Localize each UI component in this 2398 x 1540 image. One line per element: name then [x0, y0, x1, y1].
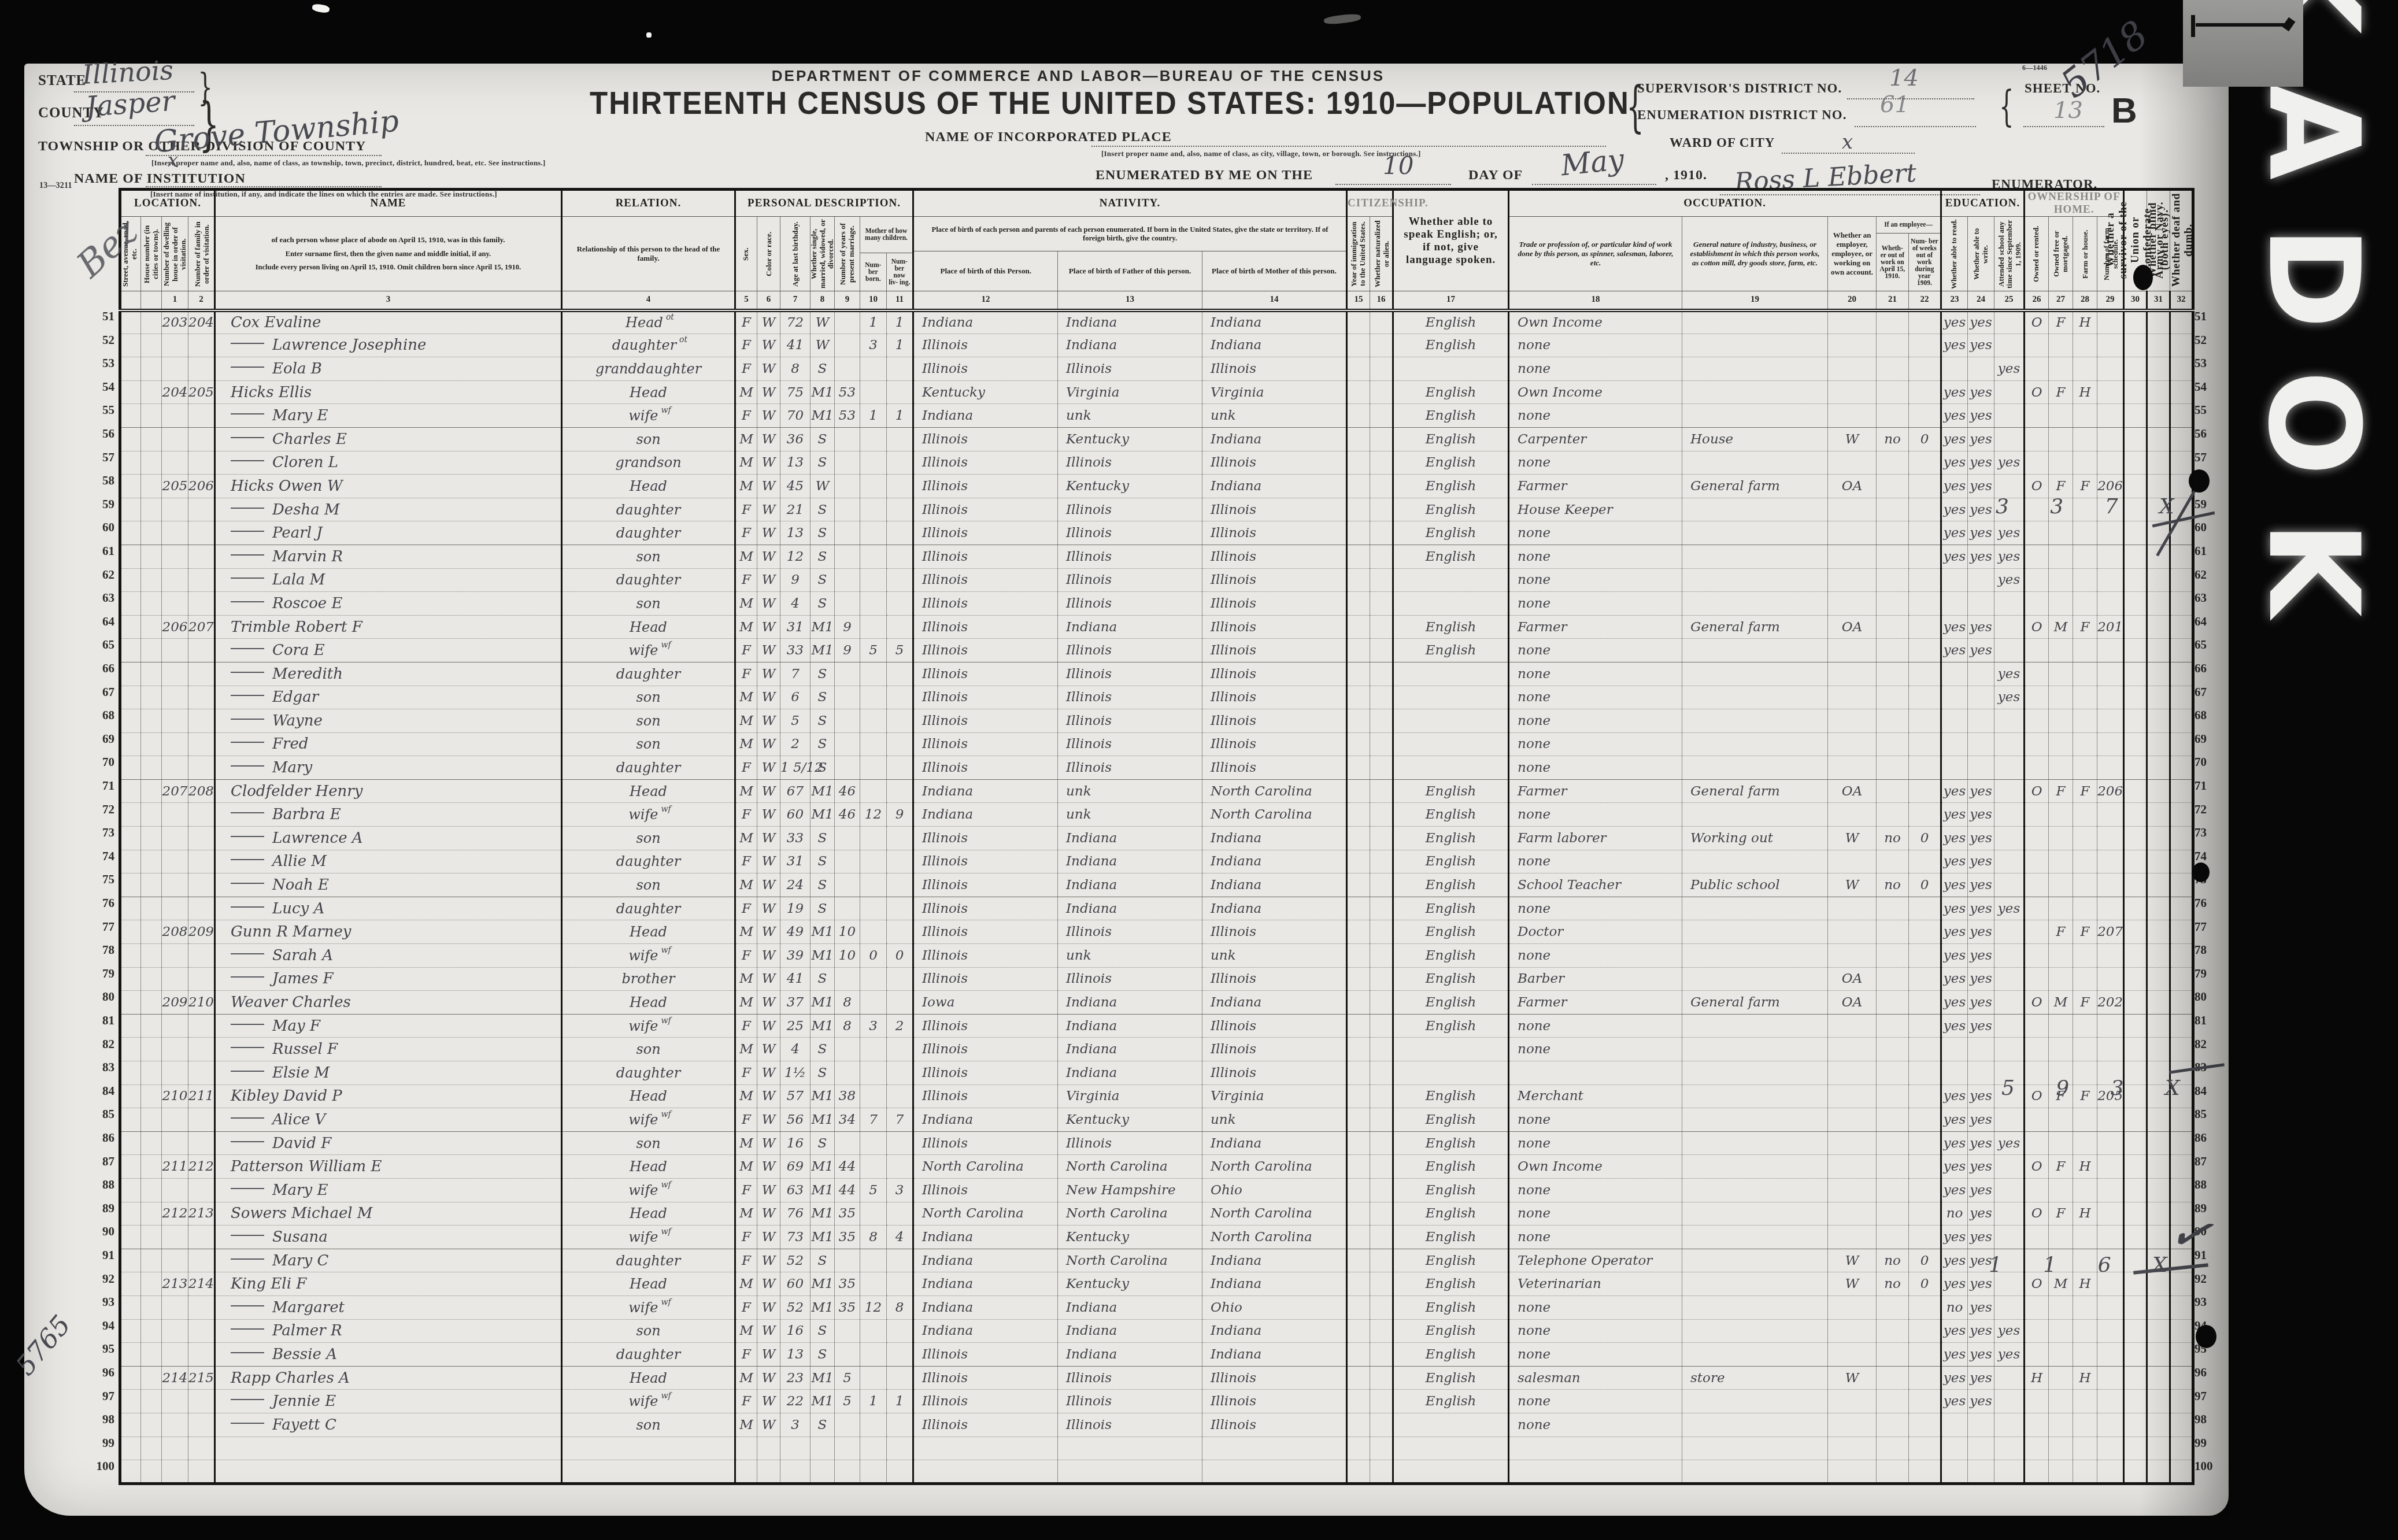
cell-ow	[1877, 357, 1909, 381]
cell-fm	[2049, 756, 2073, 780]
cell-fam	[188, 1131, 215, 1155]
cell-liv	[887, 1038, 913, 1061]
cell-color: W	[757, 1202, 780, 1226]
cell-wk	[1909, 1295, 1941, 1319]
cell-vet	[2124, 709, 2147, 733]
cell-fs	[2097, 1437, 2124, 1460]
cell-ow	[1877, 1319, 1909, 1343]
line-number-left: 61	[88, 544, 114, 558]
cell-emp	[1828, 380, 1877, 404]
cell-sch	[1994, 1460, 2025, 1484]
cell-eng: English	[1393, 1155, 1509, 1179]
cell-age: 33	[780, 827, 811, 850]
cell-rd: yes	[1941, 1155, 1968, 1179]
cell-imm	[1347, 334, 1370, 357]
cell-house	[141, 1249, 162, 1272]
cell-sex: M	[735, 1038, 757, 1061]
cell-house	[141, 310, 162, 334]
cell-house	[141, 568, 162, 592]
cell-age: 57	[780, 1084, 811, 1108]
cell-house	[141, 1437, 162, 1460]
cell-age: 52	[780, 1249, 811, 1272]
cell-nat	[1370, 498, 1393, 521]
cell-yrs: 8	[835, 991, 860, 1015]
cell-ow	[1877, 404, 1909, 428]
cell-wk	[1909, 1038, 1941, 1061]
col-birthplace-person: Place of birth of this Person.	[914, 251, 1058, 291]
cell-nat	[1370, 803, 1393, 827]
cell-emp	[1828, 897, 1877, 920]
cell-pf	[1058, 1460, 1202, 1484]
cell-sch	[1994, 1366, 2025, 1390]
cell-fh: F	[2073, 920, 2097, 944]
cell-rel: wifewf	[562, 1108, 735, 1132]
cell-liv	[887, 873, 913, 897]
cell-name: Susana	[215, 1226, 562, 1249]
column-number: 30	[2124, 291, 2147, 310]
column-number: 26	[2025, 291, 2049, 310]
cell-mar: S	[811, 967, 835, 991]
cell-house	[141, 334, 162, 357]
cell-bl	[2147, 967, 2170, 991]
cell-sch	[1994, 967, 2025, 991]
ward-label: WARD OF CITY	[1670, 135, 1775, 150]
line-number-left: 93	[88, 1295, 114, 1309]
cell-fs	[2097, 357, 2124, 381]
cell-yrs: 53	[835, 380, 860, 404]
cell-color: W	[757, 639, 780, 662]
cell-rd: yes	[1941, 1131, 1968, 1155]
line-number-right: 72	[2195, 802, 2221, 817]
cell-emp: W	[1828, 827, 1877, 850]
cell-age: 24	[780, 873, 811, 897]
cell-df	[2170, 967, 2193, 991]
cell-own	[2025, 1108, 2049, 1132]
table-row: Palmer RsonMW16SIndianaIndianaIndianaEng…	[120, 1319, 2193, 1343]
cell-dw	[162, 709, 188, 733]
cell-df	[2170, 1178, 2193, 1202]
cell-wr	[1968, 756, 1994, 780]
cell-emp	[1828, 1014, 1877, 1038]
cell-sex: M	[735, 779, 757, 803]
cell-liv	[887, 357, 913, 381]
cell-pob	[913, 1437, 1058, 1460]
cell-nat	[1370, 1413, 1393, 1437]
cell-rel: wifewf	[562, 944, 735, 968]
cell-born: 0	[860, 944, 887, 968]
cell-fs	[2097, 967, 2124, 991]
cell-ind	[1682, 1226, 1828, 1249]
cell-yrs	[835, 827, 860, 850]
cell-fam: 213	[188, 1202, 215, 1226]
cell-pf: Indiana	[1058, 873, 1202, 897]
sheet-brace: {	[1999, 82, 2014, 131]
cell-house	[141, 1272, 162, 1296]
cell-ow	[1877, 1061, 1909, 1085]
cell-rel: Head	[562, 1366, 735, 1390]
cell-pob: Illinois	[913, 1014, 1058, 1038]
cell-fam: 204	[188, 310, 215, 334]
cell-fs	[2097, 1343, 2124, 1367]
cell-age: 41	[780, 334, 811, 357]
cell-name: Roscoe E	[215, 592, 562, 616]
cell-dw	[162, 334, 188, 357]
cell-eng: English	[1393, 1108, 1509, 1132]
cell-pf: Indiana	[1058, 827, 1202, 850]
cell-fam	[188, 545, 215, 568]
cell-fam: 205	[188, 380, 215, 404]
cell-pob: Illinois	[913, 897, 1058, 920]
cell-name: Pearl J	[215, 521, 562, 545]
cell-ow	[1877, 1437, 1909, 1460]
kodak-letter: K	[2241, 496, 2386, 642]
cell-pm: Illinois	[1202, 1014, 1347, 1038]
cell-trade: none	[1509, 709, 1682, 733]
cell-own	[2025, 850, 2049, 873]
cell-dw: 214	[162, 1366, 188, 1390]
cell-pob: Illinois	[913, 709, 1058, 733]
cell-fs	[2097, 404, 2124, 428]
cell-born: 1	[860, 404, 887, 428]
cell-emp	[1828, 1343, 1877, 1367]
cell-street	[120, 686, 141, 709]
cell-bl	[2147, 756, 2170, 780]
cell-fam	[188, 639, 215, 662]
cell-own	[2025, 1226, 2049, 1249]
cell-imm	[1347, 545, 1370, 568]
cell-vet	[2124, 427, 2147, 451]
line-number-left: 85	[88, 1107, 114, 1121]
cell-sex: M	[735, 709, 757, 733]
cell-ind	[1682, 310, 1828, 334]
line-number-left: 56	[88, 427, 114, 441]
cell-pm: Indiana	[1202, 427, 1347, 451]
cell-wk	[1909, 475, 1941, 498]
cell-imm	[1347, 873, 1370, 897]
cell-nat	[1370, 944, 1393, 968]
cell-vet	[2124, 357, 2147, 381]
cell-sch	[1994, 334, 2025, 357]
cell-age: 49	[780, 920, 811, 944]
cell-pf: Indiana	[1058, 334, 1202, 357]
cell-fm	[2049, 334, 2073, 357]
cell-own	[2025, 967, 2049, 991]
cell-yrs	[835, 732, 860, 756]
cell-imm	[1347, 967, 1370, 991]
cell-pm: Illinois	[1202, 615, 1347, 639]
cell-pob: Illinois	[913, 1084, 1058, 1108]
cell-ow: no	[1877, 873, 1909, 897]
cell-fam	[188, 1108, 215, 1132]
cell-nat	[1370, 1272, 1393, 1296]
cell-liv	[887, 451, 913, 475]
cell-liv: 3	[887, 1178, 913, 1202]
table-row	[120, 1437, 2193, 1460]
line-number-right: 63	[2195, 591, 2221, 605]
cell-bl	[2147, 897, 2170, 920]
cell-rel: wifewf	[562, 639, 735, 662]
cell-fam	[188, 1437, 215, 1460]
cell-trade: School Teacher	[1509, 873, 1682, 897]
cell-wk: 0	[1909, 1272, 1941, 1296]
cell-fh: F	[2073, 991, 2097, 1015]
cell-eng: English	[1393, 404, 1509, 428]
cell-mar: S	[811, 662, 835, 686]
cell-pob: Illinois	[913, 1413, 1058, 1437]
table-row: 208209Gunn R MarneyHeadMW49M110IllinoisI…	[120, 920, 2193, 944]
table-row: 203204Cox EvalineHeadotFW72W11IndianaInd…	[120, 310, 2193, 334]
cell-ow	[1877, 1202, 1909, 1226]
cell-name: Charles E	[215, 427, 562, 451]
cell-wr: yes	[1968, 1108, 1994, 1132]
cell-street	[120, 380, 141, 404]
cell-born	[860, 357, 887, 381]
cell-yrs	[835, 1437, 860, 1460]
cell-pm: Indiana	[1202, 873, 1347, 897]
cell-fs: 202	[2097, 991, 2124, 1015]
cell-rel: wifewf	[562, 1178, 735, 1202]
cell-eng	[1393, 732, 1509, 756]
cell-mar: S	[811, 1413, 835, 1437]
township-line	[146, 155, 382, 156]
cell-ind	[1682, 1108, 1828, 1132]
cell-yrs	[835, 967, 860, 991]
cell-house	[141, 1108, 162, 1132]
cell-wr: yes	[1968, 1295, 1994, 1319]
cell-trade: Farmer	[1509, 475, 1682, 498]
cell-fs: 201	[2097, 615, 2124, 639]
cell-name: King Eli F	[215, 1272, 562, 1296]
cell-liv	[887, 1249, 913, 1272]
cell-pm: Indiana	[1202, 897, 1347, 920]
cell-wr	[1968, 357, 1994, 381]
cell-imm	[1347, 404, 1370, 428]
cell-born	[860, 850, 887, 873]
cell-fam	[188, 827, 215, 850]
cell-sex: M	[735, 451, 757, 475]
cell-df	[2170, 662, 2193, 686]
cell-born	[860, 1460, 887, 1484]
cell-vet	[2124, 1131, 2147, 1155]
cell-fh	[2073, 451, 2097, 475]
cell-street	[120, 568, 141, 592]
cell-mar: M1	[811, 1202, 835, 1226]
cell-eng: English	[1393, 1343, 1509, 1367]
line-number-right: 96	[2195, 1365, 2221, 1380]
cell-yrs	[835, 662, 860, 686]
cell-name: David F	[215, 1131, 562, 1155]
cell-ow	[1877, 756, 1909, 780]
cell-pob: Illinois	[913, 1343, 1058, 1367]
cell-age: 60	[780, 1272, 811, 1296]
cell-trade: Own Income	[1509, 310, 1682, 334]
cell-street	[120, 357, 141, 381]
cell-imm	[1347, 310, 1370, 334]
line-number-left: 58	[88, 473, 114, 488]
col-weeks-out: Num- ber of weeks out of work during yea…	[1909, 234, 1941, 291]
cell-vet	[2124, 1460, 2147, 1484]
col-able-to-read: Whether able to read.	[1941, 217, 1968, 291]
cell-ind	[1682, 1014, 1828, 1038]
cell-color: W	[757, 1249, 780, 1272]
line-number-right: 84	[2195, 1084, 2221, 1098]
cell-imm	[1347, 1155, 1370, 1179]
cell-emp	[1828, 1061, 1877, 1085]
sheet-line	[2023, 126, 2104, 127]
cell-pob: Illinois	[913, 827, 1058, 850]
line-number-left: 79	[88, 967, 114, 981]
cell-eng: English	[1393, 944, 1509, 968]
cell-street	[120, 1108, 141, 1132]
cell-vet	[2124, 380, 2147, 404]
cell-rd: no	[1941, 1295, 1968, 1319]
cell-fs	[2097, 1202, 2124, 1226]
line-number-right: 78	[2195, 943, 2221, 957]
cell-own	[2025, 404, 2049, 428]
cell-born: 8	[860, 1226, 887, 1249]
cell-wk	[1909, 662, 1941, 686]
cell-imm	[1347, 568, 1370, 592]
cell-fs	[2097, 850, 2124, 873]
cell-fs	[2097, 732, 2124, 756]
cell-mar: M1	[811, 779, 835, 803]
cell-wk	[1909, 1178, 1941, 1202]
cell-yrs	[835, 568, 860, 592]
enumeration-district-label: ENUMERATION DISTRICT NO.	[1637, 108, 1846, 123]
cell-yrs	[835, 1460, 860, 1484]
cell-fm	[2049, 662, 2073, 686]
cell-color: W	[757, 897, 780, 920]
col-color: Color or race.	[757, 217, 780, 291]
cell-eng: English	[1393, 310, 1509, 334]
cell-ow	[1877, 1155, 1909, 1179]
column-number: 18	[1509, 291, 1682, 310]
cell-dw	[162, 1226, 188, 1249]
cell-name: Cora E	[215, 639, 562, 662]
cell-mar: S	[811, 850, 835, 873]
cell-df	[2170, 779, 2193, 803]
cell-emp	[1828, 545, 1877, 568]
cell-liv	[887, 920, 913, 944]
cell-bl	[2147, 991, 2170, 1015]
cell-emp: W	[1828, 1366, 1877, 1390]
cell-name: Elsie M	[215, 1061, 562, 1085]
cell-trade: none	[1509, 1131, 1682, 1155]
cell-yrs: 10	[835, 944, 860, 968]
col-naturalized: Whether naturalized or alien.	[1370, 217, 1393, 291]
cell-rel: daughter	[562, 568, 735, 592]
cell-emp	[1828, 709, 1877, 733]
cell-wr: yes	[1968, 1155, 1994, 1179]
line-number-left: 64	[88, 614, 114, 629]
cell-fam: 209	[188, 920, 215, 944]
cell-fam: 206	[188, 475, 215, 498]
cell-wk	[1909, 967, 1941, 991]
cell-born	[860, 568, 887, 592]
line-number-left: 77	[88, 920, 114, 934]
cell-rel: Head	[562, 1272, 735, 1296]
line-number-left: 53	[88, 356, 114, 371]
cell-nat	[1370, 1061, 1393, 1085]
cell-street	[120, 1437, 141, 1460]
cell-house	[141, 803, 162, 827]
cell-street	[120, 850, 141, 873]
cell-emp	[1828, 1108, 1877, 1132]
cell-fm	[2049, 873, 2073, 897]
cell-fs	[2097, 380, 2124, 404]
group-location: LOCATION.	[120, 190, 215, 217]
cell-sex: F	[735, 1295, 757, 1319]
cell-fam: 212	[188, 1155, 215, 1179]
col-age: Age at last birthday.	[780, 217, 811, 291]
cell-nat	[1370, 709, 1393, 733]
cell-sex: F	[735, 850, 757, 873]
table-row: Sarah AwifewfFW39M11000IllinoisunkunkEng…	[120, 944, 2193, 968]
cell-vet	[2124, 310, 2147, 334]
cell-name: Mary E	[215, 404, 562, 428]
col-birthplace-father: Place of birth of Father of this person.	[1058, 251, 1202, 291]
col-birthplace-mother: Place of birth of Mother of this person.	[1202, 251, 1346, 291]
cell-liv	[887, 475, 913, 498]
column-number: 20	[1828, 291, 1877, 310]
cell-rd	[1941, 756, 1968, 780]
cell-born	[860, 662, 887, 686]
cell-ind	[1682, 1131, 1828, 1155]
cell-yrs: 46	[835, 779, 860, 803]
cell-street	[120, 475, 141, 498]
cell-yrs	[835, 545, 860, 568]
cell-own	[2025, 545, 2049, 568]
cell-wk	[1909, 944, 1941, 968]
cell-street	[120, 1014, 141, 1038]
cell-imm	[1347, 850, 1370, 873]
cell-fh	[2073, 1014, 2097, 1038]
table-row: Fayett CsonMW3SIllinoisIllinoisIllinoisn…	[120, 1413, 2193, 1437]
cell-emp	[1828, 803, 1877, 827]
cell-sch: yes	[1994, 1131, 2025, 1155]
cell-fam	[188, 1249, 215, 1272]
cell-pob: Illinois	[913, 615, 1058, 639]
cell-mar: S	[811, 1038, 835, 1061]
cell-sch	[1994, 873, 2025, 897]
table-row: Pearl JdaughterFW13SIllinoisIllinoisIlli…	[120, 521, 2193, 545]
cell-fs	[2097, 1038, 2124, 1061]
cell-imm	[1347, 897, 1370, 920]
cell-ow	[1877, 498, 1909, 521]
cell-pm: Illinois	[1202, 1061, 1347, 1085]
cell-ind	[1682, 639, 1828, 662]
cell-age: 72	[780, 310, 811, 334]
cell-nat	[1370, 1038, 1393, 1061]
column-number: 24	[1968, 291, 1994, 310]
cell-eng: English	[1393, 991, 1509, 1015]
cell-sex: F	[735, 944, 757, 968]
cell-pob: Illinois	[913, 1178, 1058, 1202]
cell-emp	[1828, 521, 1877, 545]
institution-label: NAME OF INSTITUTION	[74, 171, 246, 187]
group-relation: RELATION.	[562, 190, 735, 217]
cell-born	[860, 732, 887, 756]
line-number-left: 54	[88, 380, 114, 394]
cell-df	[2170, 545, 2193, 568]
cell-pm: Indiana	[1202, 1272, 1347, 1296]
cell-mar: S	[811, 568, 835, 592]
cell-trade: none	[1509, 1108, 1682, 1132]
cell-pf: Illinois	[1058, 920, 1202, 944]
cell-mar	[811, 1460, 835, 1484]
cell-house	[141, 357, 162, 381]
cell-born: 7	[860, 1108, 887, 1132]
